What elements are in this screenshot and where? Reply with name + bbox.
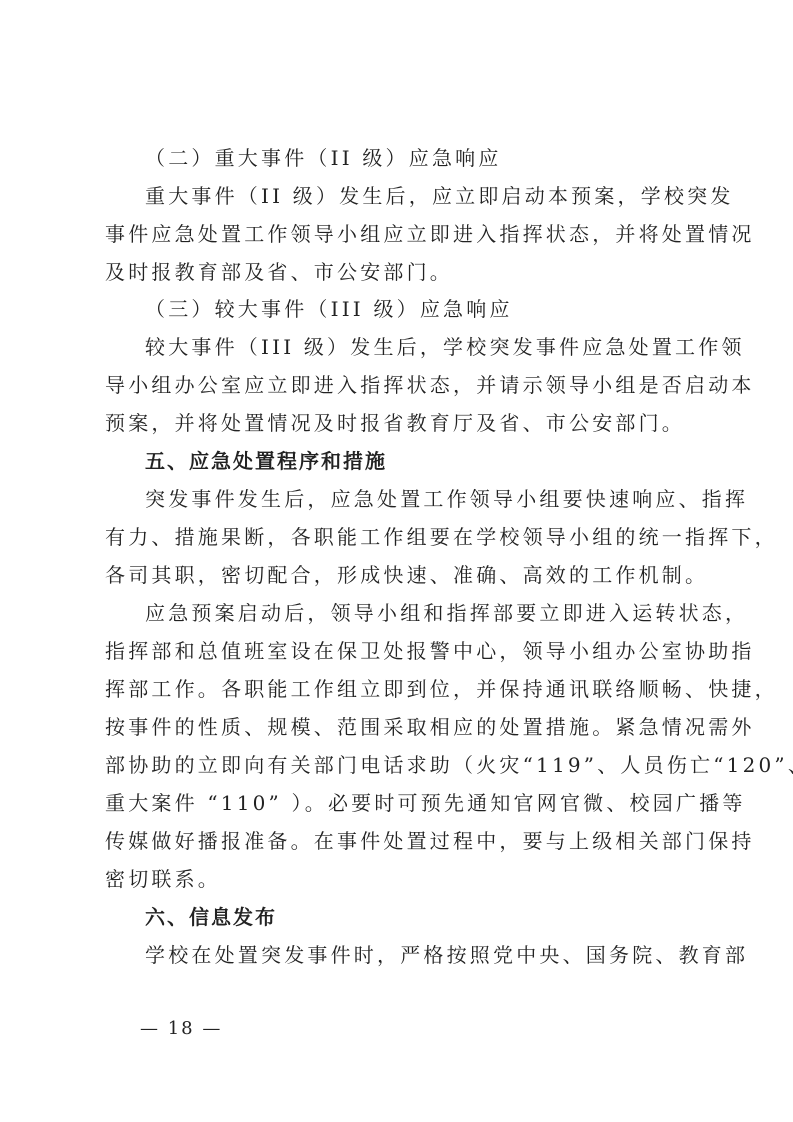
paragraph-line: 应急预案启动后，领导小组和指挥部要立即进入运转状态， xyxy=(145,601,705,625)
section-heading: 五、应急处置程序和措施 xyxy=(145,449,705,473)
paragraph-line: 按事件的性质、规模、范围采取相应的处置措施。紧急情况需外 xyxy=(105,715,705,739)
paragraph-line: 及时报教育部及省、市公安部门。 xyxy=(105,260,705,284)
paragraph-line: 重大事件（II 级）发生后，应立即启动本预案，学校突发 xyxy=(145,184,705,208)
subsection-heading: （三）较大事件（III 级）应急响应 xyxy=(145,297,705,321)
paragraph-line: 部协助的立即向有关部门电话求助（火灾“119”、人员伤亡“120”、 xyxy=(105,753,705,777)
paragraph-line: 导小组办公室应立即进入指挥状态，并请示领导小组是否启动本 xyxy=(105,373,705,397)
paragraph-line: 密切联系。 xyxy=(105,867,705,891)
page-number: — 18 — xyxy=(140,1018,222,1039)
paragraph-line: 有力、措施果断，各职能工作组要在学校领导小组的统一指挥下， xyxy=(105,525,705,549)
paragraph-line: 挥部工作。各职能工作组立即到位，并保持通讯联络顺畅、快捷， xyxy=(105,677,705,701)
paragraph-line: 各司其职，密切配合，形成快速、准确、高效的工作机制。 xyxy=(105,563,705,587)
paragraph-line: 突发事件发生后，应急处置工作领导小组要快速响应、指挥 xyxy=(145,487,705,511)
paragraph-line: 事件应急处置工作领导小组应立即进入指挥状态，并将处置情况 xyxy=(105,222,705,246)
section-heading: 六、信息发布 xyxy=(145,905,705,929)
paragraph-line: 重大案件 “110” ）。必要时可预先通知官网官微、校园广播等 xyxy=(105,791,705,815)
subsection-heading: （二）重大事件（II 级）应急响应 xyxy=(145,146,705,170)
paragraph-line: 较大事件（III 级）发生后，学校突发事件应急处置工作领 xyxy=(145,335,705,359)
paragraph-line: 学校在处置突发事件时，严格按照党中央、国务院、教育部 xyxy=(145,943,705,967)
paragraph-line: 传媒做好播报准备。在事件处置过程中，要与上级相关部门保持 xyxy=(105,829,705,853)
paragraph-line: 预案，并将处置情况及时报省教育厅及省、市公安部门。 xyxy=(105,411,705,435)
paragraph-line: 指挥部和总值班室设在保卫处报警中心，领导小组办公室协助指 xyxy=(105,639,705,663)
